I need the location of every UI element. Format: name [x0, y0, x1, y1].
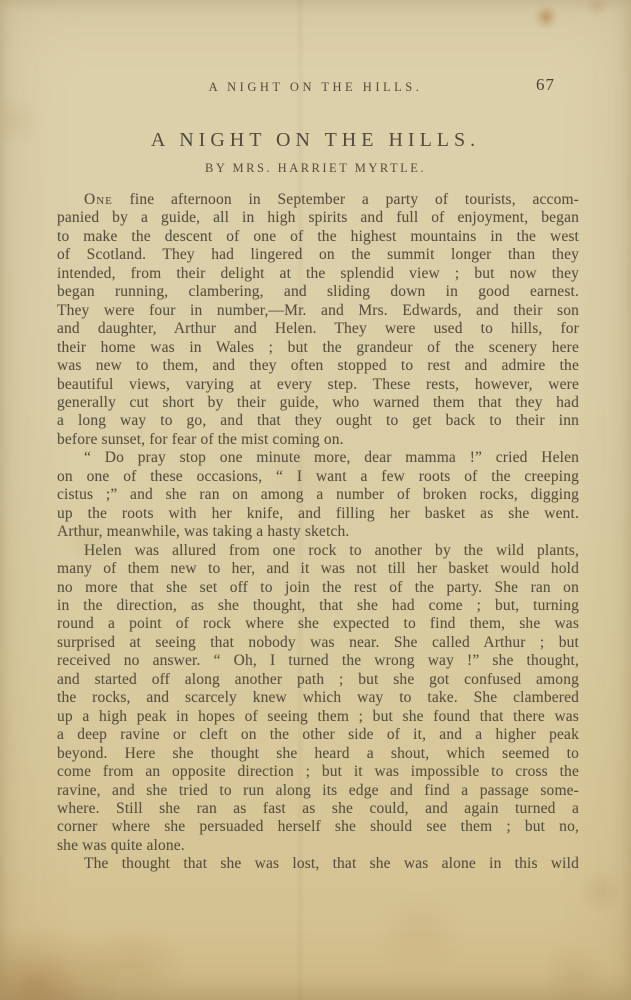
book-page: A NIGHT ON THE HILLS. 67 A NIGHT ON THE … [0, 0, 631, 1000]
text-line: was new to them, and they often stopped … [57, 357, 579, 375]
text-line: Helen was allured from one rock to anoth… [57, 542, 579, 560]
text-line: The thought that she was lost, that she … [57, 855, 579, 873]
text-line: and started off along another path ; but… [57, 671, 579, 689]
text-line: panied by a guide, all in high spirits a… [57, 209, 579, 227]
text-line: intended, from their delight at the sple… [57, 265, 579, 283]
lead-word: One [84, 191, 113, 208]
text-line: “ Do pray stop one minute more, dear mam… [57, 449, 579, 467]
text-line: and daughter, Arthur and Helen. They wer… [57, 320, 579, 338]
text-line: beyond. Here she thought she heard a sho… [57, 745, 579, 763]
page-body: One fine afternoon in September a party … [57, 191, 579, 874]
text-line: in the direction, as she thought, that s… [57, 597, 579, 615]
text-line: before sunset, for fear of the mist comi… [57, 431, 579, 449]
article-title: A NIGHT ON THE HILLS. [0, 129, 631, 152]
text-line: Arthur, meanwhile, was taking a hasty sk… [57, 523, 579, 541]
text-line: come from an opposite direction ; but it… [57, 763, 579, 781]
page-number: 67 [536, 75, 555, 95]
text-line: she was quite alone. [57, 837, 579, 855]
text-line: of Scotland. They had lingered on the su… [57, 246, 579, 264]
text-line: began running, clambering, and sliding d… [57, 283, 579, 301]
text-line: generally cut short by their guide, who … [57, 394, 579, 412]
text-line: no more that she set off to join the res… [57, 579, 579, 597]
text-line: a long way to go, and that they ought to… [57, 412, 579, 430]
text-line: beautiful views, varying at every step. … [57, 376, 579, 394]
text-line: where. Still she ran as fast as she coul… [57, 800, 579, 818]
paragraph: The thought that she was lost, that she … [57, 855, 579, 873]
text-line: on one of these occasions, “ I want a fe… [57, 468, 579, 486]
text-line: corner where she persuaded herself she s… [57, 818, 579, 836]
text-line: They were four in number,—Mr. and Mrs. E… [57, 302, 579, 320]
text-line: received no answer. “ Oh, I turned the w… [57, 652, 579, 670]
text-line: One fine afternoon in September a party … [57, 191, 579, 209]
paragraph: Helen was allured from one rock to anoth… [57, 542, 579, 856]
text-line: their home was in Wales ; but the grande… [57, 339, 579, 357]
paragraph: One fine afternoon in September a party … [57, 191, 579, 449]
text-line: to make the descent of one of the highes… [57, 228, 579, 246]
article-byline: BY MRS. HARRIET MYRTLE. [0, 161, 631, 176]
text-line: the rocks, and scarcely knew which way t… [57, 689, 579, 707]
text-line: ravine, and she tried to run along its e… [57, 782, 579, 800]
text-line: many of them new to her, and it was not … [57, 560, 579, 578]
text-line: up a high peak in hopes of seeing them ;… [57, 708, 579, 726]
text-line: round a point of rock where she expected… [57, 615, 579, 633]
text-line: a deep ravine or cleft on the other side… [57, 726, 579, 744]
text-line: cistus ;” and she ran on among a number … [57, 486, 579, 504]
paragraph: “ Do pray stop one minute more, dear mam… [57, 449, 579, 541]
text-line: up the roots with her knife, and filling… [57, 505, 579, 523]
text-line: surprised at seeing that nobody was near… [57, 634, 579, 652]
